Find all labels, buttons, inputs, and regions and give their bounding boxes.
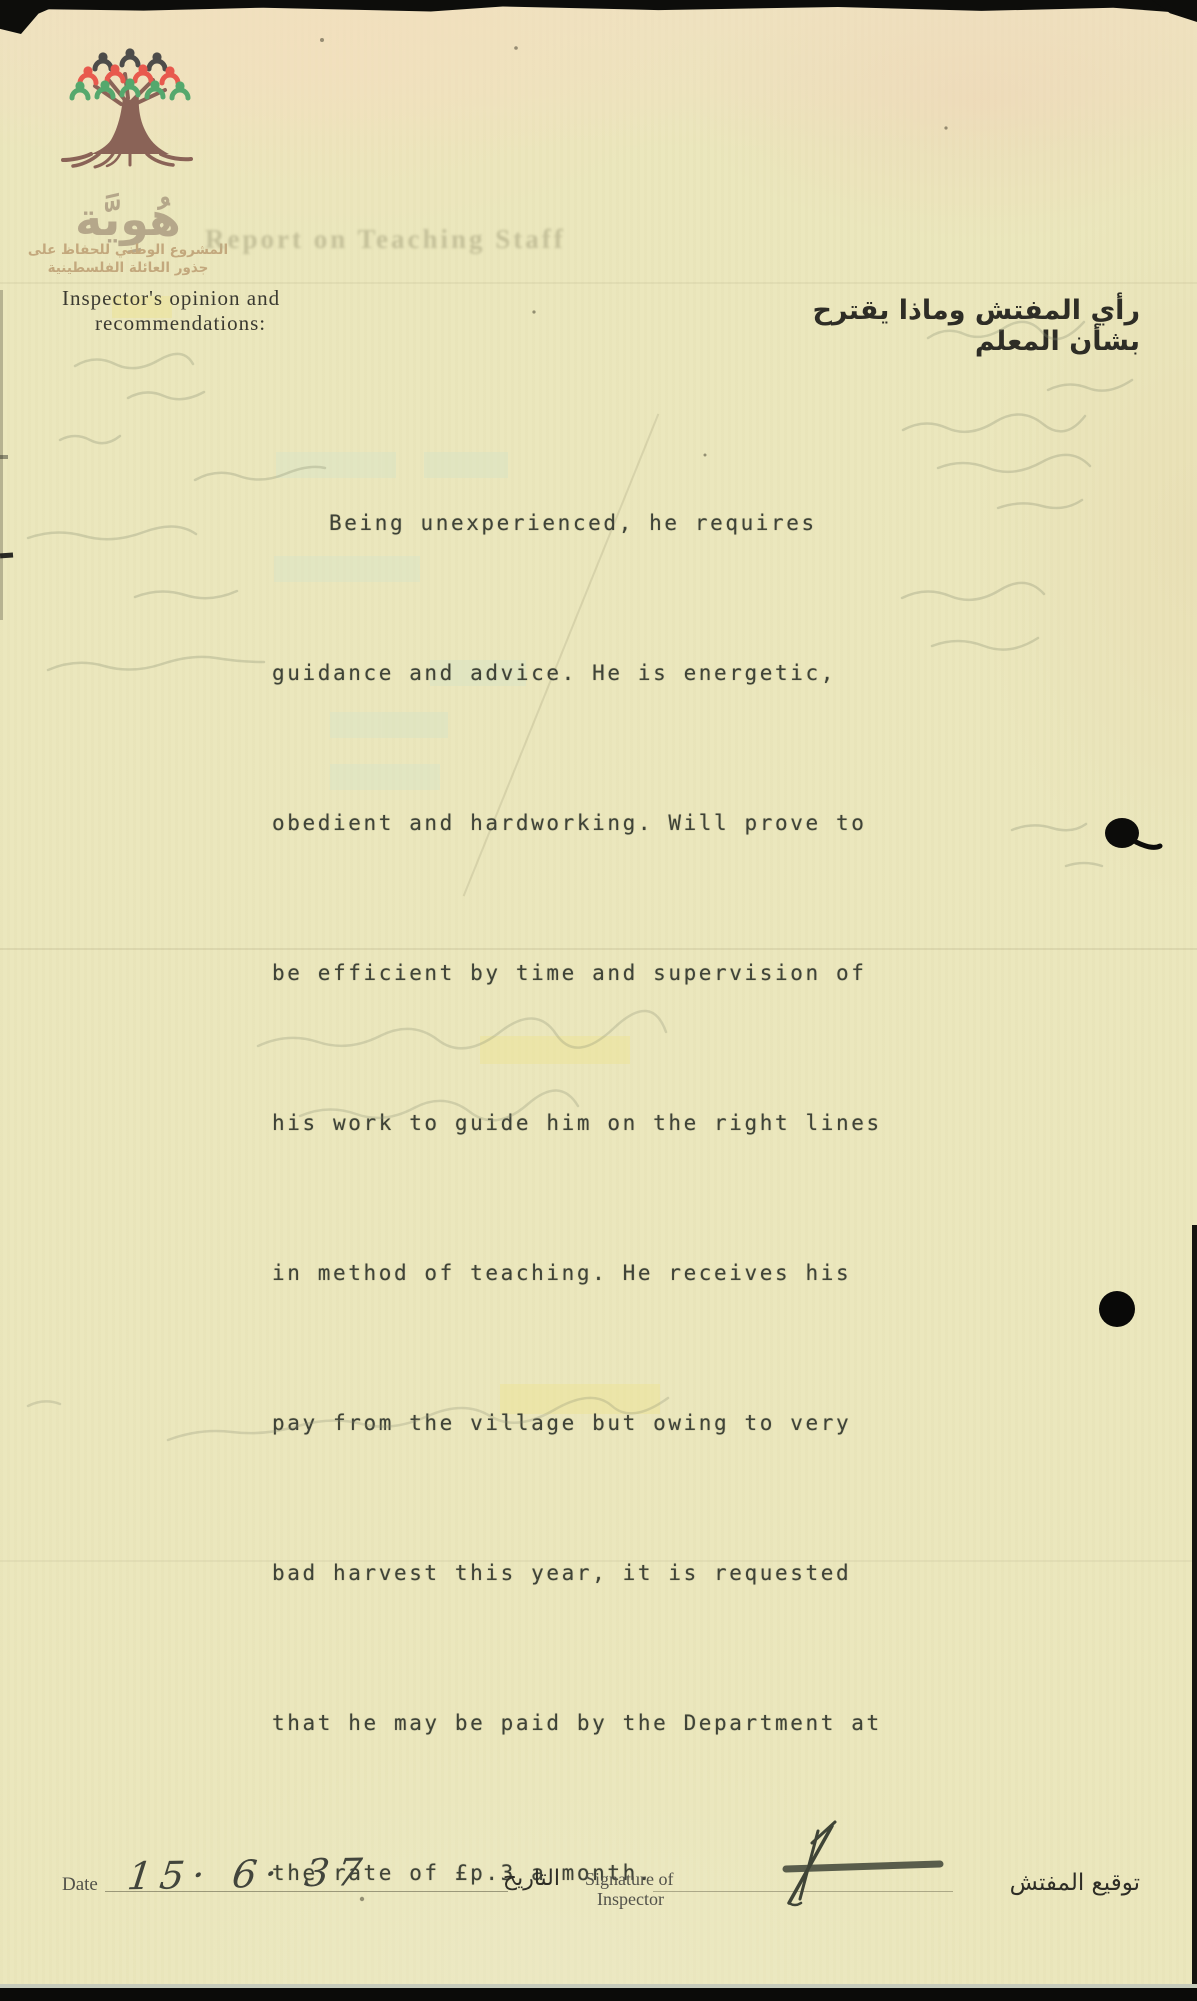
date-label-arabic: التاريخ bbox=[500, 1866, 560, 1891]
ink-blot bbox=[1105, 818, 1160, 848]
scanned-document-page: هُوِيَّة المشروع الوطني للحفاظ على جذور … bbox=[0, 0, 1197, 2001]
signature-label-line1: Signature of bbox=[585, 1869, 673, 1890]
signature-label-line2: Inspector bbox=[597, 1889, 664, 1910]
scan-edge-bottom bbox=[0, 1988, 1197, 2001]
punch-hole-dot bbox=[1099, 1291, 1135, 1327]
date-label: Date bbox=[62, 1874, 98, 1896]
ink-marks-layer bbox=[0, 0, 1197, 2001]
scan-edge-left bbox=[0, 290, 3, 620]
signature-label-arabic: توقيع المفتش bbox=[940, 1870, 1140, 1896]
scan-edge-right bbox=[1192, 1225, 1197, 2001]
date-value-handwritten: 15· 6· 37 bbox=[125, 1850, 391, 1899]
